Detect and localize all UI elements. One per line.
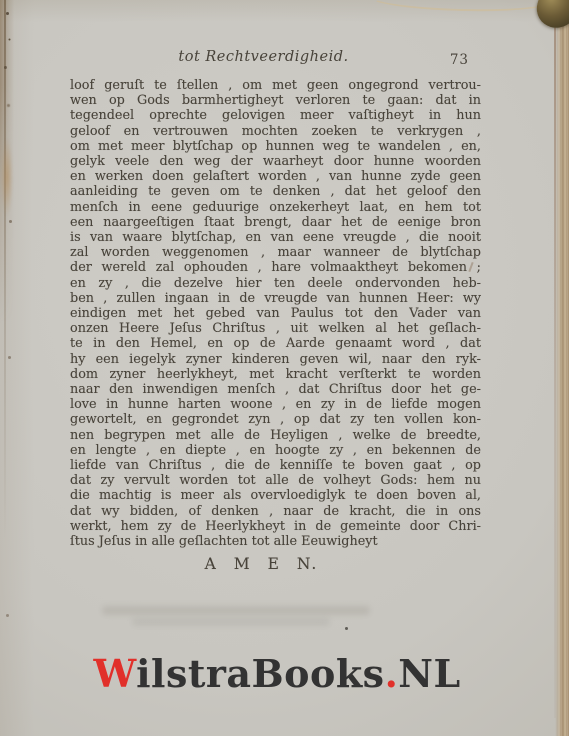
text-line: naar den inwendigen menſch , dat Chriſtu… [70, 382, 481, 397]
text-line: dat wy bidden, of denken , naar de krach… [70, 504, 481, 519]
text-line: menſch in eene geduurige onzekerheyt laa… [70, 200, 481, 215]
text-line: loof geruſt te ſtellen , om met geen ong… [70, 78, 481, 93]
text-line: tegendeel oprechte gelovigen meer vaſtig… [70, 108, 481, 123]
text-line: der wereld zal ophouden , hare volmaakth… [70, 260, 481, 275]
book-edge-stain [1, 138, 13, 216]
text-line: love in hunne harten woone , en zy in de… [70, 397, 481, 412]
text-line: die machtig is meer als overvloediglyk t… [70, 488, 481, 503]
text-line: een naargeeſtigen ſtaat brengt, daar het… [70, 215, 481, 230]
text-line: wen op Gods barmhertigheyt verloren te g… [70, 93, 481, 108]
text-line: om met meer blytſchap op hunnen weg te w… [70, 139, 481, 154]
watermark-dot: . [385, 651, 399, 696]
text-line: liefde van Chriſtus , die de kenniſſe te… [70, 458, 481, 473]
text-line: dom zyner heerlykheyt, met kracht verſte… [70, 367, 481, 382]
text-line: hy een iegelyk zyner kinderen geven wil,… [70, 352, 481, 367]
page-fore-edge [555, 0, 569, 736]
watermark-initial: W [94, 651, 137, 696]
text-line: gelyk veele den weg der waarheyt door hu… [70, 154, 481, 169]
text-line: nen begrypen met alle de Heyligen , welk… [70, 428, 481, 443]
text-line: zal worden weggenomen , maar wanneer de … [70, 245, 481, 260]
running-title: tot Rechtveerdigheid. [58, 49, 469, 65]
text-line: geloof en vertrouwen mochten zoeken te v… [70, 124, 481, 139]
page-top-edge-curve [369, 0, 554, 13]
text-line: ſtus Jeſus in alle geſlachten tot alle E… [70, 534, 481, 549]
text-line: en zy , die dezelve hier ten deele onder… [70, 276, 481, 291]
text-line: dat zy vervult worden tot alle de volhey… [70, 473, 481, 488]
body-text: loof geruſt te ſtellen , om met geen ong… [70, 78, 481, 549]
watermark-tld: NL [398, 651, 460, 696]
text-line: en werken doen gelaſtert worden , van hu… [70, 169, 481, 184]
text-line: en lengte , en diepte , en hoogte zy , e… [70, 443, 481, 458]
scanned-book-page: tot Rechtveerdigheid. 73 loof geruſt te … [0, 0, 569, 736]
show-through-ghost [102, 606, 370, 615]
text-line: ben , zullen ingaan in de vreugde van hu… [70, 291, 481, 306]
text-line: is van waare blytſchap, en van eene vreu… [70, 230, 481, 245]
watermark-name: ilstraBooks [136, 651, 385, 696]
text-line: aanleiding te geven om te denken , dat h… [70, 184, 481, 199]
text-line: werkt, hem zy de Heerlykheyt in de gemei… [70, 519, 481, 534]
book-edge-specks [6, 12, 9, 15]
text-line: te in den Hemel, en op de Aarde genaamt … [70, 336, 481, 351]
text-line: gewortelt, en gegrondet zyn , op dat zy … [70, 412, 481, 427]
page-fore-edge-line [554, 18, 556, 718]
text-line: eindigen met het gebed van Paulus tot de… [70, 306, 481, 321]
amen-text: A M E N. [56, 555, 467, 573]
watermark-logo: WilstraBooks.NL [94, 651, 461, 696]
show-through-ghost [132, 618, 330, 626]
page-header: tot Rechtveerdigheid. 73 [70, 49, 481, 67]
paper-speck [345, 627, 348, 630]
book-edge-left-crease [4, 0, 6, 540]
page-number: 73 [450, 52, 469, 68]
text-line: onzen Heere Jeſus Chriſtus , uit welken … [70, 321, 481, 336]
